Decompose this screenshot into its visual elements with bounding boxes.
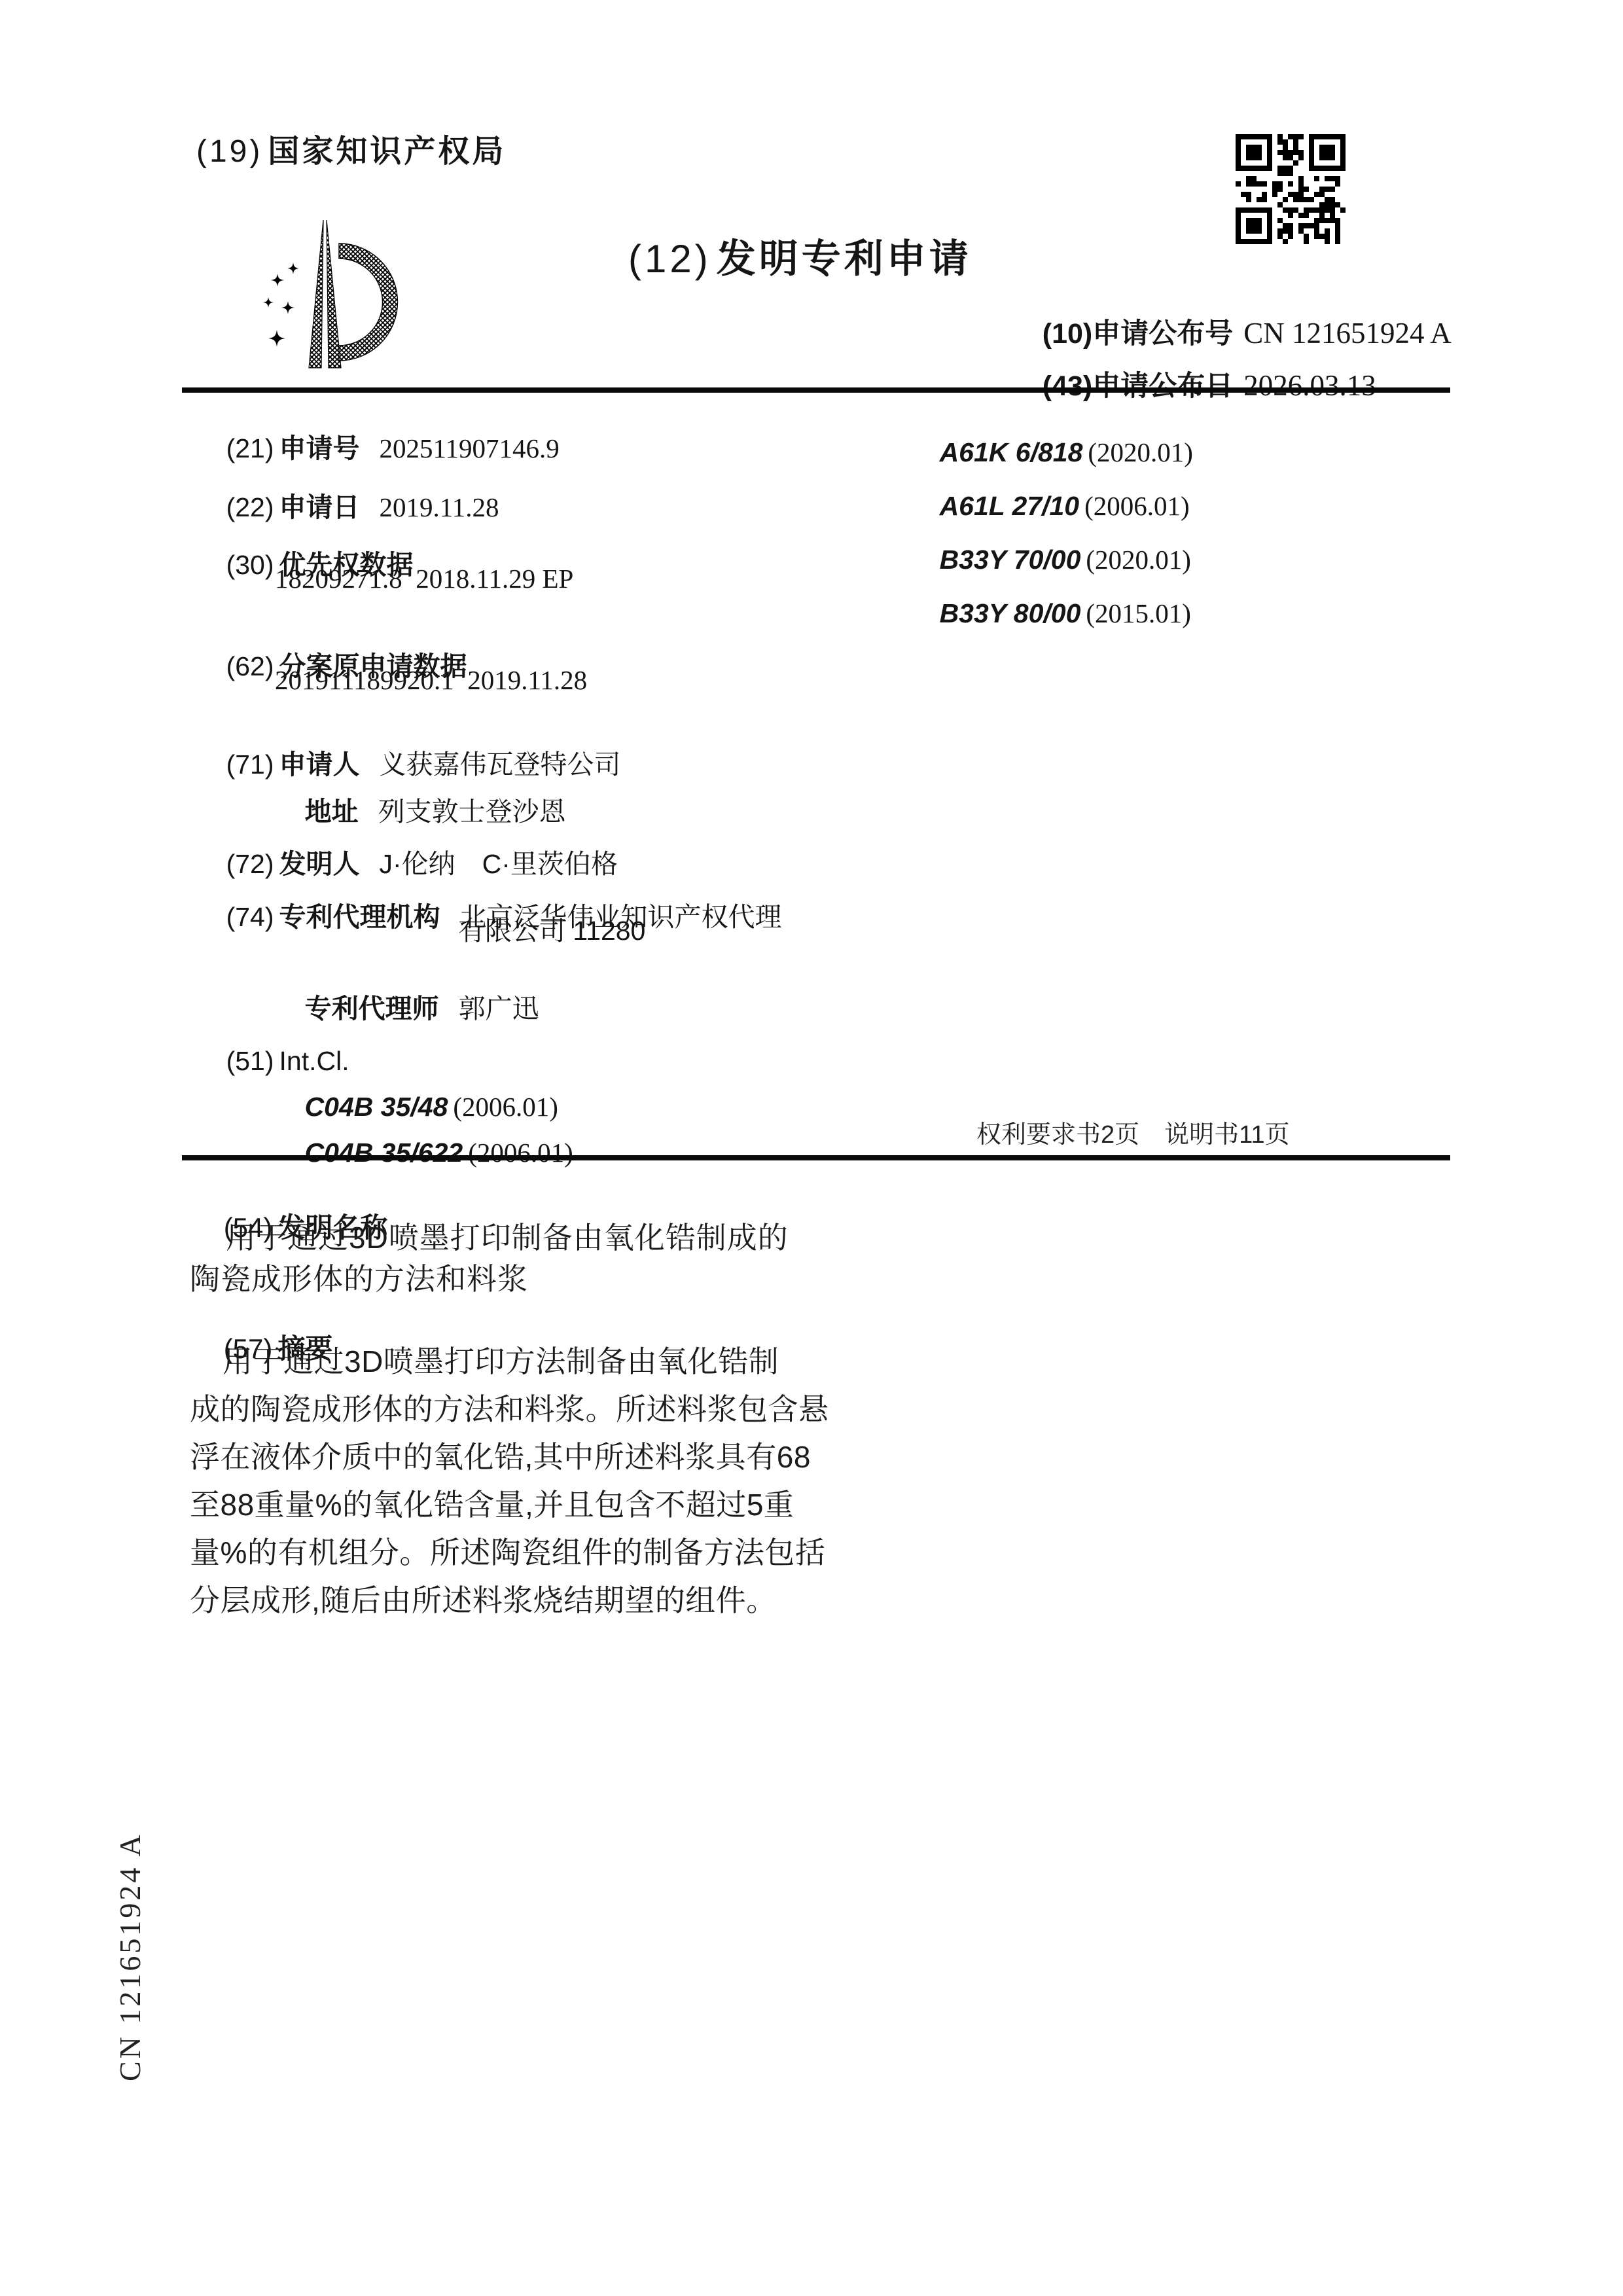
- field-30-value: 18209271.8 2018.11.29 EP: [275, 563, 573, 595]
- abstract-line: 分层成形,随后由所述料浆烧结期望的组件。: [190, 1577, 777, 1620]
- pages-note: 权利要求书2页 说明书11页: [976, 1114, 1290, 1150]
- field-74-agent-value: 郭广迅: [459, 994, 539, 1024]
- abstract-line: 用于通过3D喷墨打印方法制备由氧化锆制: [223, 1338, 779, 1381]
- patent-front-page: (19)国家知识产权局: [0, 0, 1623, 2296]
- ipc-right-row: B33Y 80/00(2015.01): [910, 565, 1191, 662]
- field-74-num: (74): [226, 902, 274, 932]
- field-74-label: 专利代理机构: [279, 902, 440, 932]
- field-62-value: 201911189920.1 2019.11.28: [275, 664, 587, 696]
- authority-prefix: (19): [196, 134, 262, 169]
- ipc-code: C04B 35/622: [305, 1138, 463, 1168]
- authority-line: (19)国家知识产权局: [196, 126, 506, 171]
- divider-middle: [182, 1155, 1450, 1160]
- field-30-num: (30): [226, 550, 274, 580]
- field-51-num: (51): [226, 1046, 274, 1076]
- pub-number-value: CN 121651924 A: [1243, 317, 1452, 350]
- ipc-year: (2015.01): [1086, 598, 1191, 628]
- abstract-line: 量%的有机组分。所述陶瓷组件的制备方法包括: [190, 1529, 825, 1572]
- invention-title-line1: 用于通过3D喷墨打印制备由氧化锆制成的: [226, 1214, 789, 1257]
- sidebar-publication-number: CN 121651924 A: [113, 1790, 147, 2081]
- abstract-line: 成的陶瓷成形体的方法和料浆。所述料浆包含悬: [190, 1386, 829, 1429]
- field-62-num: (62): [226, 651, 274, 681]
- abstract-line: 浮在液体介质中的氧化锆,其中所述料浆具有68: [190, 1433, 811, 1477]
- pub-number-label: (10)申请公布号: [1043, 318, 1233, 350]
- divider-top: [182, 387, 1450, 393]
- pub-date-value: 2026.03.13: [1243, 369, 1376, 402]
- field-74-value-cont: 有限公司 11280: [458, 915, 645, 947]
- dockind-name: 发明专利申请: [717, 237, 972, 281]
- pub-date-label: (43)申请公布日: [1043, 370, 1233, 402]
- qr-code: [1236, 134, 1346, 244]
- authority-name: 国家知识产权局: [268, 134, 506, 169]
- ipc-year: (2006.01): [468, 1138, 573, 1168]
- abstract-line: 至88重量%的氧化锆含量,并且包含不超过5重: [190, 1481, 794, 1524]
- cnipa-logo-icon: [241, 217, 424, 374]
- dockind-line: (12)发明专利申请: [628, 228, 972, 284]
- dockind-prefix: (12): [628, 237, 711, 281]
- field-71-num: (71): [226, 749, 274, 780]
- cnipa-logo-svg: [241, 217, 424, 371]
- invention-title-line2: 陶瓷成形体的方法和料浆: [190, 1255, 528, 1299]
- ipc-code: B33Y 80/00: [940, 598, 1081, 628]
- logo-stars: [263, 262, 299, 347]
